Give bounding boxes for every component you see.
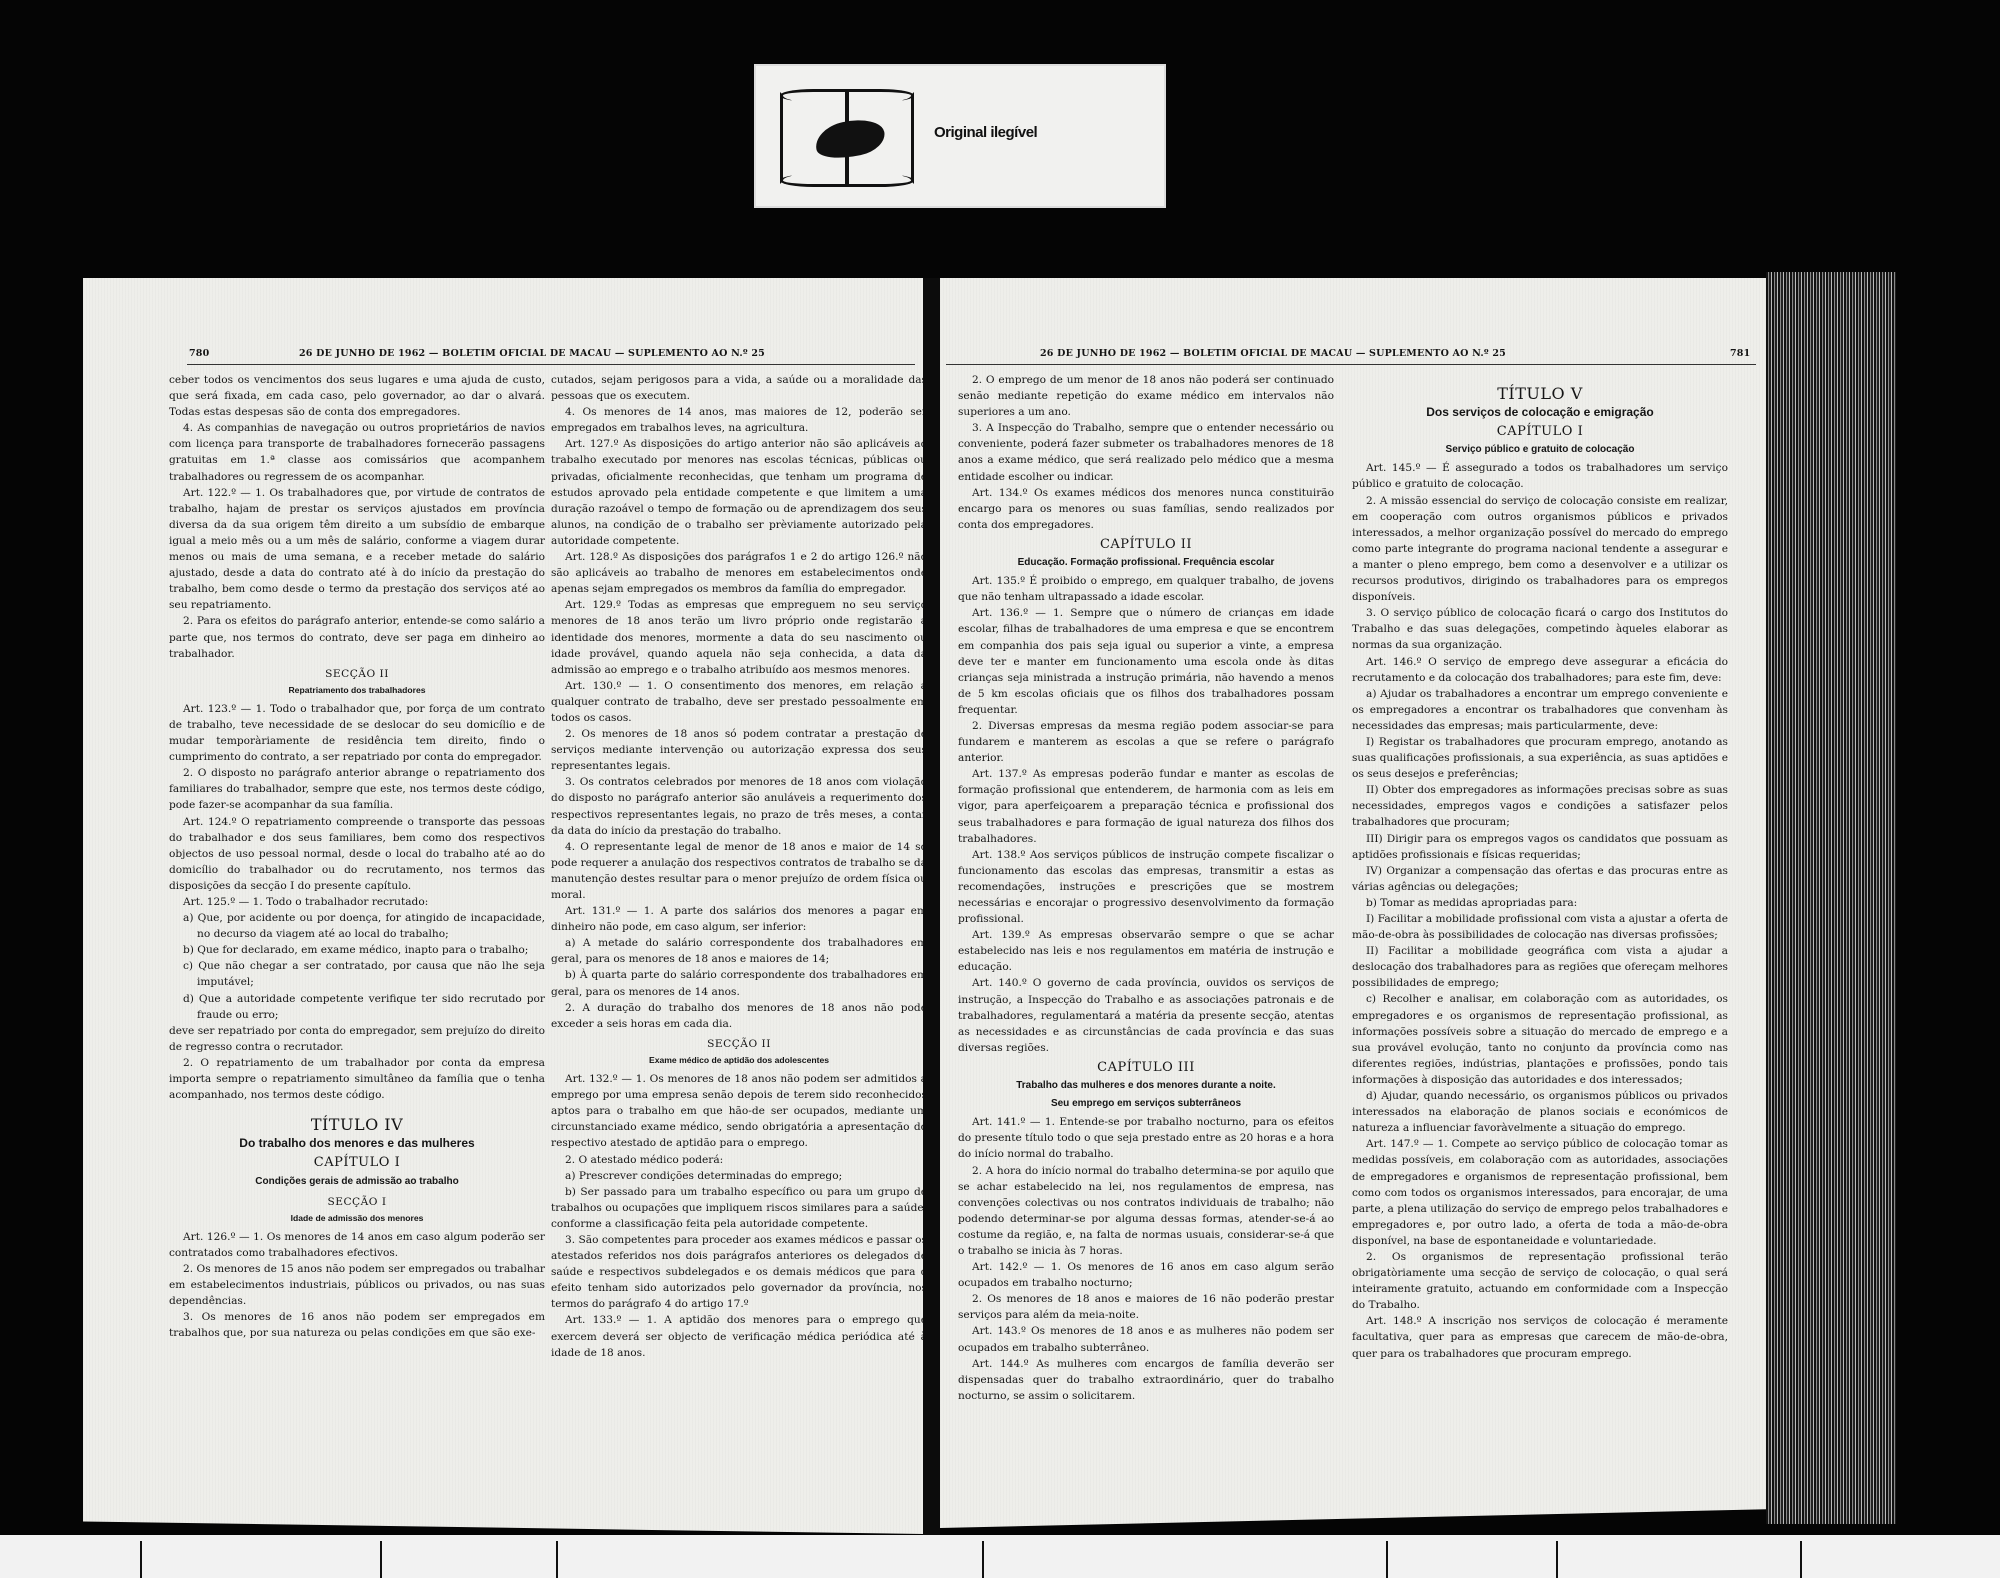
paragraph: Art. 130.º — 1. O consentimento dos meno… [551, 678, 927, 726]
illegible-original-notice: Original ilegível [754, 64, 1166, 208]
paragraph: 4. As companhias de navegação ou outros … [169, 420, 545, 484]
paragraph: 3. A Inspecção do Trabalho, sempre que o… [958, 420, 1334, 484]
open-book-scan: 780 26 DE JUNHO DE 1962 — BOLETIM OFICIA… [80, 278, 1910, 1540]
left-page: 780 26 DE JUNHO DE 1962 — BOLETIM OFICIA… [83, 278, 923, 1534]
header-rule [187, 364, 915, 365]
paragraph: Art. 124.º O repatriamento compreende o … [169, 814, 545, 894]
paragraph: 2. A duração do trabalho dos menores de … [551, 1000, 927, 1032]
paragraph: 2. A hora do início normal do trabalho d… [958, 1163, 1334, 1260]
paragraph: 2. A missão essencial do serviço de colo… [1352, 493, 1728, 606]
paragraph: Art. 144.º As mulheres com encargos de f… [958, 1356, 1334, 1404]
paragraph: ceber todos os vencimentos dos seus luga… [169, 372, 545, 420]
paragraph: 2. Para os efeitos do parágrafo anterior… [169, 613, 545, 661]
subheading: Seu emprego em serviços subterrâneos [958, 1096, 1334, 1112]
paragraph: b) À quarta parte do salário corresponde… [551, 967, 927, 999]
paragraph: Art. 122.º — 1. Os trabalhadores que, po… [169, 485, 545, 614]
paragraph: 2. O disposto no parágrafo anterior abra… [169, 765, 545, 813]
paragraph: c) Recolher e analisar, em colaboração c… [1352, 991, 1728, 1088]
paragraph: Art. 134.º Os exames médicos dos menores… [958, 485, 1334, 533]
paragraph: 2. Os organismos de representação profis… [1352, 1249, 1728, 1313]
paragraph: IV) Organizar a compensação das ofertas … [1352, 863, 1728, 895]
left-page-column-2: cutados, sejam perigosos para a vida, a … [551, 372, 927, 1361]
paragraph: b) Ser passado para um trabalho específi… [551, 1184, 927, 1232]
header-rule [946, 364, 1756, 365]
paragraph: I) Facilitar a mobilidade profissional c… [1352, 911, 1728, 943]
right-page-column-2: TÍTULO VDos serviços de colocação e emig… [1352, 372, 1728, 1362]
paragraph: III) Dirigir para os empregos vagos os c… [1352, 831, 1728, 863]
book-gutter [923, 278, 940, 1540]
paragraph: 3. O serviço público de colocação ficará… [1352, 605, 1728, 653]
paragraph: Art. 137.º As empresas poderão fundar e … [958, 766, 1334, 846]
paragraph: a) A metade do salário correspondente do… [551, 935, 927, 967]
subheading: Trabalho das mulheres e dos menores dura… [958, 1078, 1334, 1094]
paragraph: 2. O repatriamento de um trabalhador por… [169, 1055, 545, 1103]
paragraph: 4. O representante legal de menor de 18 … [551, 839, 927, 903]
chapter-heading: CAPÍTULO II [958, 537, 1334, 553]
paragraph: Art. 140.º O governo de cada província, … [958, 975, 1334, 1055]
paragraph: b) Tomar as medidas apropriadas para: [1352, 895, 1728, 911]
running-head-left: 26 DE JUNHO DE 1962 — BOLETIM OFICIAL DE… [299, 348, 765, 359]
section-heading: SECÇÃO I [169, 1194, 545, 1210]
subheading: Educação. Formação profissional. Frequên… [958, 555, 1334, 571]
paragraph: 2. Os menores de 18 anos só podem contra… [551, 726, 927, 774]
paragraph: Art. 141.º — 1. Entende-se por trabalho … [958, 1114, 1334, 1162]
paragraph: Art. 131.º — 1. A parte dos salários dos… [551, 903, 927, 935]
paragraph: 3. São competentes para proceder aos exa… [551, 1232, 927, 1312]
paragraph: Art. 147.º — 1. Compete ao serviço públi… [1352, 1136, 1728, 1249]
list-item: b) Que for declarado, em exame médico, i… [169, 942, 545, 958]
title-heading: TÍTULO IV [169, 1117, 545, 1133]
paragraph: a) Prescrever condições determinadas do … [551, 1168, 927, 1184]
paragraph: 2. Os menores de 15 anos não podem ser e… [169, 1261, 545, 1309]
left-page-column-1: ceber todos os vencimentos dos seus luga… [169, 372, 545, 1341]
right-page-column-1: 2. O emprego de um menor de 18 anos não … [958, 372, 1334, 1404]
paragraph: Art. 126.º — 1. Os menores de 14 anos em… [169, 1229, 545, 1261]
subheading: Serviço público e gratuito de colocação [1352, 442, 1728, 458]
title-heading: TÍTULO V [1352, 386, 1728, 402]
paragraph: Art. 127.º As disposições do artigo ante… [551, 436, 927, 549]
running-head-right: 26 DE JUNHO DE 1962 — BOLETIM OFICIAL DE… [1040, 348, 1506, 359]
paragraph: 2. O emprego de um menor de 18 anos não … [958, 372, 1334, 420]
paragraph: Art. 146.º O serviço de emprego deve ass… [1352, 654, 1728, 686]
scan-bottom-strip [0, 1535, 2000, 1578]
section-heading: SECÇÃO II [551, 1036, 927, 1052]
section-heading: SECÇÃO II [169, 666, 545, 682]
paragraph: Art. 123.º — 1. Todo o trabalhador que, … [169, 701, 545, 765]
paragraph: II) Facilitar a mobilidade geográfica co… [1352, 943, 1728, 991]
subheading: Exame médico de aptidão dos adolescentes [551, 1052, 927, 1068]
paragraph: Art. 138.º Aos serviços públicos de inst… [958, 847, 1334, 927]
page-number-right: 781 [1730, 348, 1750, 359]
paragraph: I) Registar os trabalhadores que procura… [1352, 734, 1728, 782]
chapter-heading: CAPÍTULO III [958, 1060, 1334, 1076]
paragraph: 4. Os menores de 14 anos, mas maiores de… [551, 404, 927, 436]
paragraph: 2. O atestado médico poderá: [551, 1152, 927, 1168]
paragraph: Art. 132.º — 1. Os menores de 18 anos nã… [551, 1071, 927, 1151]
paragraph: 3. Os menores de 16 anos não podem ser e… [169, 1309, 545, 1341]
paragraph: Art. 145.º — É assegurado a todos os tra… [1352, 460, 1728, 492]
chapter-heading: CAPÍTULO I [169, 1155, 545, 1171]
paragraph: a) Ajudar os trabalhadores a encontrar u… [1352, 686, 1728, 734]
paragraph: 2. Os menores de 18 anos e maiores de 16… [958, 1291, 1334, 1323]
paragraph: Art. 148.º A inscrição nos serviços de c… [1352, 1313, 1728, 1361]
paragraph: Art. 133.º — 1. A aptidão dos menores pa… [551, 1312, 927, 1360]
paragraph: Art. 142.º — 1. Os menores de 16 anos em… [958, 1259, 1334, 1291]
paragraph: Art. 129.º Todas as empresas que empregu… [551, 597, 927, 677]
subheading: Repatriamento dos trabalhadores [169, 682, 545, 698]
paragraph: Art. 139.º As empresas observarão sempre… [958, 927, 1334, 975]
page-number-left: 780 [189, 348, 209, 359]
list-item: c) Que não chegar a ser contratado, por … [169, 958, 545, 990]
paragraph: d) Ajudar, quando necessário, os organis… [1352, 1088, 1728, 1136]
paragraph: 2. Diversas empresas da mesma região pod… [958, 718, 1334, 766]
paragraph: Art. 143.º Os menores de 18 anos e as mu… [958, 1323, 1334, 1355]
subheading: Idade de admissão dos menores [169, 1210, 545, 1226]
page-edges [1766, 272, 1896, 1524]
paragraph: deve ser repatriado por conta do emprega… [169, 1023, 545, 1055]
illegible-book-icon [780, 92, 914, 184]
paragraph: Art. 135.º É proibido o emprego, em qual… [958, 573, 1334, 605]
subheading: Do trabalho dos menores e das mulheres [169, 1135, 545, 1151]
subheading: Dos serviços de colocação e emigração [1352, 404, 1728, 420]
paragraph: Art. 136.º — 1. Sempre que o número de c… [958, 605, 1334, 718]
notice-label: Original ilegível [934, 124, 1037, 141]
paragraph: cutados, sejam perigosos para a vida, a … [551, 372, 927, 404]
paragraph: Art. 128.º As disposições dos parágrafos… [551, 549, 927, 597]
right-page: 26 DE JUNHO DE 1962 — BOLETIM OFICIAL DE… [940, 278, 1766, 1528]
list-item: d) Que a autoridade competente verifique… [169, 991, 545, 1023]
paragraph: II) Obter dos empregadores as informaçõe… [1352, 782, 1728, 830]
subheading: Condições gerais de admissão ao trabalho [169, 1174, 545, 1190]
paragraph: Art. 125.º — 1. Todo o trabalhador recru… [169, 894, 545, 910]
list-item: a) Que, por acidente ou por doença, for … [169, 910, 545, 942]
chapter-heading: CAPÍTULO I [1352, 424, 1728, 440]
paragraph: 3. Os contratos celebrados por menores d… [551, 774, 927, 838]
